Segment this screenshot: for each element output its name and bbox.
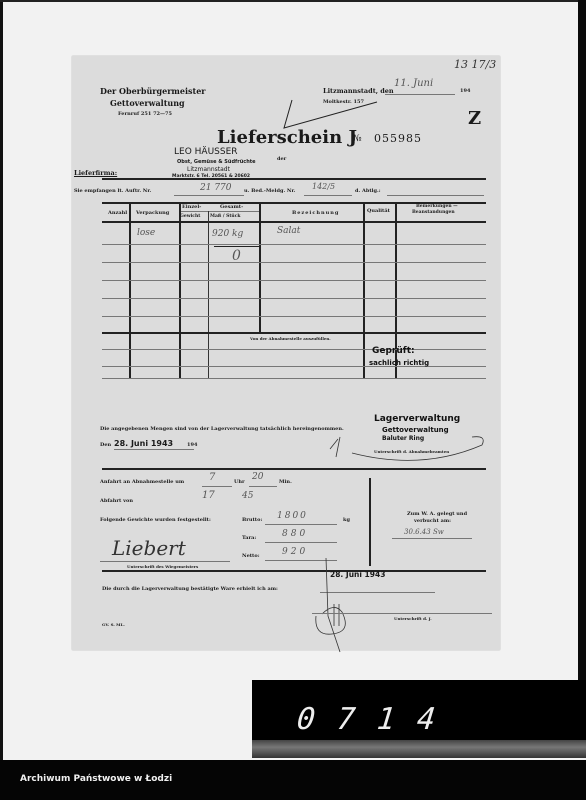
handwritten-date: 11. Juni: [394, 78, 433, 89]
inspector-signature-caption: Unterschrift d. Abnahmebeamten: [374, 449, 449, 454]
letterhead-phone: Fernruf 251 72—75: [118, 111, 172, 117]
header-gesamt: Gesamt-: [220, 204, 243, 210]
order-no-line: [174, 195, 244, 196]
bed-no-line: [304, 195, 352, 196]
date-line: [385, 94, 455, 95]
weights-label: Folgende Gewichte wurden festgestellt:: [100, 517, 211, 523]
weigher-signature-line: [100, 561, 230, 562]
tara-line: [265, 542, 337, 543]
cell-verpackung: lose: [137, 228, 155, 238]
order-number: 21 770: [200, 183, 232, 193]
receipt-signature-icon: [312, 556, 372, 656]
frame-counter: 0714: [295, 702, 459, 737]
booking-divider: [369, 478, 371, 566]
weigher-signature: Liebert: [112, 536, 186, 560]
confirmation-date-stamp: 28. Juni 1943: [114, 439, 173, 448]
table-row-line: [102, 262, 486, 263]
check-stamp-line1: Geprüft:: [372, 346, 415, 356]
abtlg-line: [387, 195, 484, 196]
booking-label-2: verbucht am:: [414, 518, 451, 524]
header-verpackung: Verpackung: [136, 210, 169, 216]
scan-edge: [578, 0, 586, 680]
brutto-label: Brutto:: [242, 517, 262, 523]
year-prefix: 194: [460, 88, 470, 94]
lieferfirma-label: Lieferfirma:: [74, 169, 117, 177]
arrival-hour-line: [202, 486, 232, 487]
abtlg-label: d. Abtlg.:: [355, 188, 381, 194]
table-col-line: [259, 202, 261, 332]
arrival-label: Anfahrt an Abnahmestelle um: [100, 479, 184, 485]
archive-label: Archiwum Państwowe w Łodzi: [20, 774, 172, 784]
table-col-line: [363, 202, 365, 378]
check-stamp-line2: sachlich richtig: [369, 359, 429, 367]
year-suffix: 194: [187, 442, 197, 448]
table-row-line: [102, 349, 486, 350]
tara-label: Tara:: [242, 535, 256, 541]
counter-strip: [252, 740, 586, 758]
divider: [102, 468, 486, 470]
booking-date-line: [392, 538, 472, 539]
scan-edge: [0, 0, 586, 2]
table-col-line: [179, 202, 181, 378]
table-row-line: [102, 244, 486, 245]
document-title: Lieferschein J: [217, 127, 357, 148]
departure-hour: 17: [202, 490, 215, 501]
cell-gesamt: 920 kg: [212, 229, 243, 239]
departure-minutes: 45: [242, 491, 253, 501]
min-label: Min.: [279, 479, 292, 485]
form-code: GV. S. ML.: [102, 622, 125, 627]
order-label: Sie empfangen lt. Auftr. Nr.: [74, 188, 151, 194]
header-qualitaet: Qualität: [367, 208, 390, 214]
receipt-signature-line: [312, 613, 492, 614]
section-note: Von der Abnahmestelle auszufüllen.: [250, 336, 331, 341]
supplier-city: Litzmannstadt: [187, 166, 230, 173]
supplier-name: LEO HÄUSSER: [174, 147, 238, 157]
header-mass-stueck: Maß / Stück: [210, 214, 241, 219]
netto-value: 920: [282, 547, 308, 557]
header-einzel: Einzel-: [182, 204, 201, 210]
kg-label: kg: [343, 517, 350, 523]
sum-underline: [214, 246, 259, 247]
header-gewicht: Gewicht: [180, 214, 200, 219]
number-label: №: [353, 134, 362, 144]
table-col-line: [208, 211, 209, 378]
arrival-minutes: 20: [252, 472, 263, 482]
divider: [102, 570, 486, 572]
place-label: Litzmannstadt, den: [323, 87, 394, 95]
table-row-line: [102, 298, 486, 299]
delivery-note-document: Der Oberbürgermeister Gettoverwaltung Fe…: [72, 56, 500, 650]
arrival-min-line: [249, 486, 277, 487]
bed-label: u. Bed.-Meldg. Nr.: [244, 188, 295, 194]
booking-date: 30.6.43 Sw: [404, 528, 444, 536]
table-header-border: [102, 221, 486, 223]
weigher-caption: Unterschrift des Wiegemeisters: [127, 564, 198, 569]
den-label: Den: [100, 442, 111, 448]
frame-counter-panel: 0714: [252, 680, 586, 758]
tara-value: 880: [282, 529, 308, 539]
archive-footer: Archiwum Państwowe w Łodzi: [0, 760, 586, 800]
cell-bezeichnung: Salat: [277, 226, 300, 236]
header-bemerkungen: Bemerkungen —: [416, 204, 458, 209]
table-col-line: [129, 202, 131, 378]
total-mark: 0: [232, 248, 241, 264]
date-line: [114, 449, 194, 450]
table-bottom-line: [102, 378, 486, 379]
receipt-text: Die durch die Lagerverwaltung bestätigte…: [102, 586, 278, 592]
bed-number: 142/5: [312, 182, 335, 191]
corner-handwritten-mark: 13 17/3: [454, 58, 496, 71]
divider: [102, 178, 486, 180]
receipt-signature-caption: Unterschrift d. J.: [394, 616, 432, 621]
document-number: 055985: [374, 132, 422, 145]
table-row-line: [102, 316, 486, 317]
table-row-line: [102, 280, 486, 281]
header-split-line: [179, 211, 259, 212]
confirmation-text: Die angegebenen Mengen sind von der Lage…: [100, 426, 344, 432]
supplier-line2: Obst, Gemüse & Südfrüchte: [177, 159, 256, 165]
der-label: der: [277, 156, 286, 162]
header-bezeichnung: Bezeichnung: [292, 210, 339, 216]
letterhead-line1: Der Oberbürgermeister: [100, 86, 206, 96]
netto-label: Netto:: [242, 553, 260, 559]
uhr-label: Uhr: [234, 479, 245, 485]
warehouse-stamp-line1: Lagerverwaltung: [374, 414, 460, 424]
letterhead-line2: Gettoverwaltung: [110, 98, 185, 108]
arrival-hour: 7: [209, 472, 215, 483]
departure-label: Abfahrt von: [100, 498, 133, 504]
table-section-divider: [102, 332, 486, 334]
z-mark: Z: [468, 108, 481, 129]
brutto-line: [265, 524, 337, 525]
brutto-value: 1800: [277, 511, 308, 521]
header-beanstandungen: Beanstandungen: [412, 210, 455, 215]
header-anzahl: Anzahl: [108, 210, 127, 216]
booking-label-1: Zum W. A. gelegt und: [407, 511, 467, 517]
scan-edge: [0, 0, 3, 760]
